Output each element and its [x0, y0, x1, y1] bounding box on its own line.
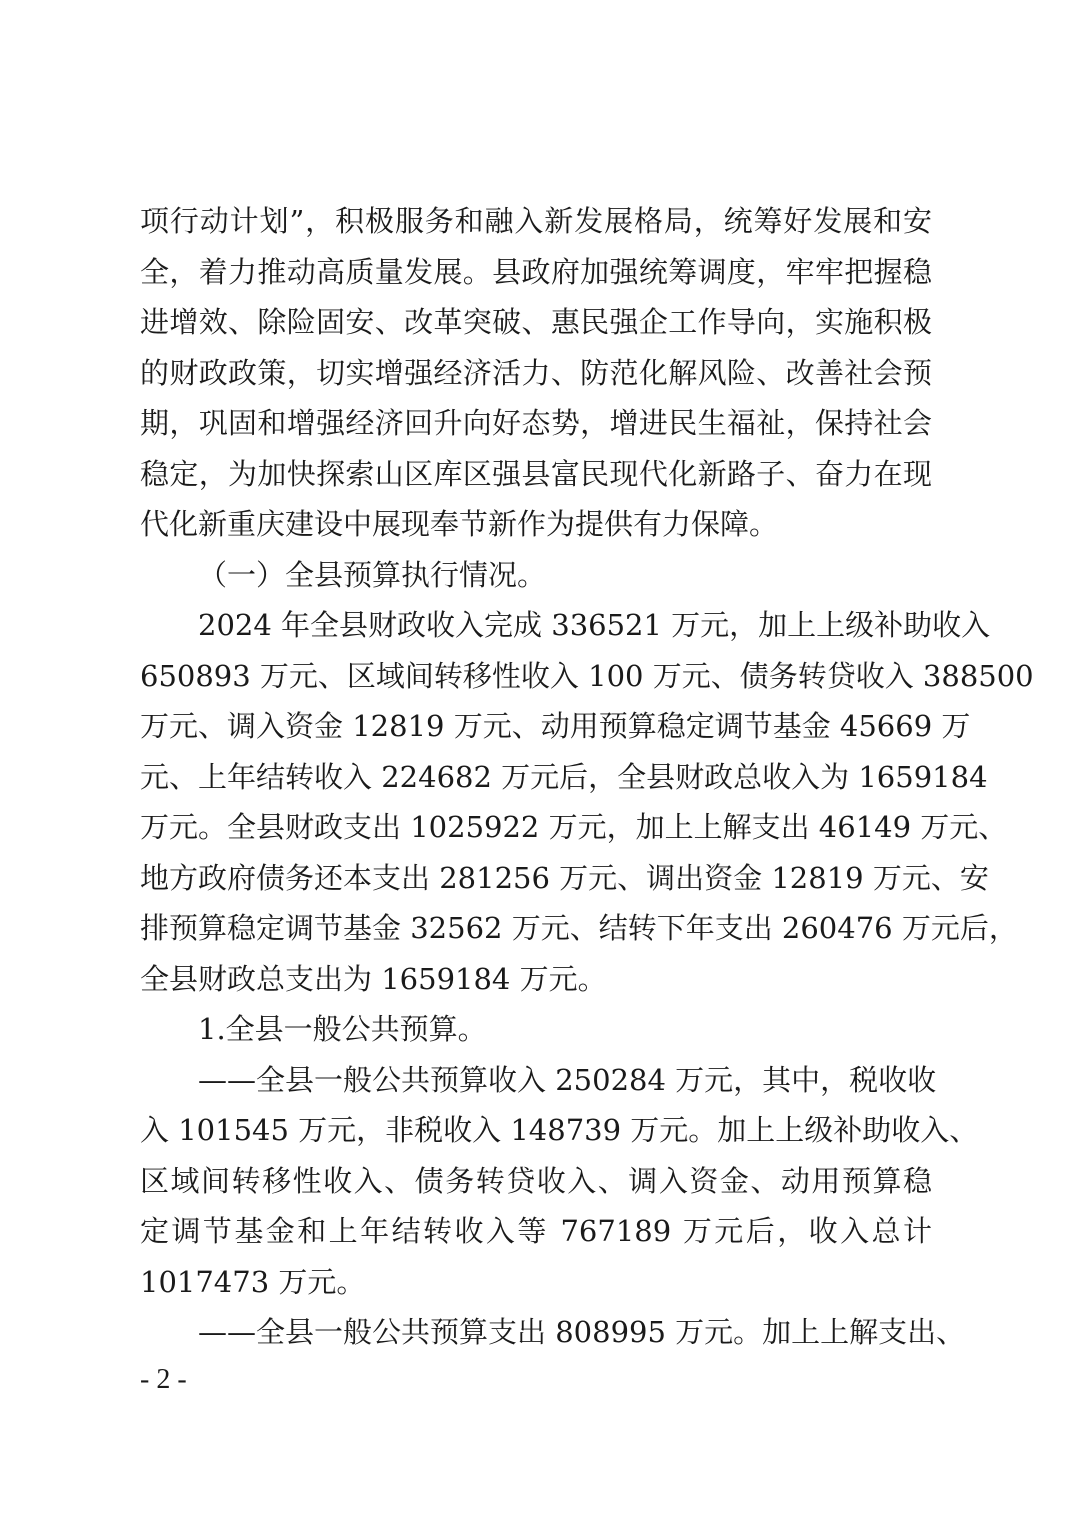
text-line: 代化新重庆建设中展现奉节新作为提供有力保障。: [140, 499, 932, 550]
document-page: 项行动计划”，积极服务和融入新发展格局，统筹好发展和安 全，着力推动高质量发展。…: [140, 196, 932, 1358]
text-line: 定调节基金和上年结转收入等 767189 万元后，收入总计: [140, 1206, 932, 1257]
paragraph-intro-continued: 项行动计划”，积极服务和融入新发展格局，统筹好发展和安 全，着力推动高质量发展。…: [140, 196, 932, 550]
page-number: - 2 -: [140, 1364, 187, 1396]
text-line: ——全县一般公共预算收入 250284 万元，其中，税收收: [140, 1055, 932, 1106]
paragraph-county-budget-summary: 2024 年全县财政收入完成 336521 万元，加上上级补助收入 650893…: [140, 600, 932, 1004]
text-line: 期，巩固和增强经济回升向好态势，增进民生福祉，保持社会: [140, 398, 932, 449]
text-line: 区域间转移性收入、债务转贷收入、调入资金、动用预算稳: [140, 1156, 932, 1207]
heading-text: （一）全县预算执行情况。: [140, 550, 932, 601]
text-line: 地方政府债务还本支出 281256 万元、调出资金 12819 万元、安: [140, 853, 932, 904]
paragraph-general-budget-revenue: ——全县一般公共预算收入 250284 万元，其中，税收收 入 101545 万…: [140, 1055, 932, 1308]
heading-text: 1.全县一般公共预算。: [140, 1004, 932, 1055]
paragraph-general-budget-expenditure: ——全县一般公共预算支出 808995 万元。加上上解支出、: [140, 1307, 932, 1358]
text-line: 万元、调入资金 12819 万元、动用预算稳定调节基金 45669 万: [140, 701, 932, 752]
text-line: 2024 年全县财政收入完成 336521 万元，加上上级补助收入: [140, 600, 932, 651]
text-line: 全，着力推动高质量发展。县政府加强统筹调度，牢牢把握稳: [140, 247, 932, 298]
text-line: 进增效、除险固安、改革突破、惠民强企工作导向，实施积极: [140, 297, 932, 348]
subsection-heading: 1.全县一般公共预算。: [140, 1004, 932, 1055]
text-line: 排预算稳定调节基金 32562 万元、结转下年支出 260476 万元后，: [140, 903, 932, 954]
section-heading: （一）全县预算执行情况。: [140, 550, 932, 601]
text-line: 全县财政总支出为 1659184 万元。: [140, 954, 932, 1005]
text-line: ——全县一般公共预算支出 808995 万元。加上上解支出、: [140, 1307, 932, 1358]
text-line: 650893 万元、区域间转移性收入 100 万元、债务转贷收入 388500: [140, 651, 932, 702]
text-line: 入 101545 万元，非税收入 148739 万元。加上上级补助收入、: [140, 1105, 932, 1156]
text-line: 项行动计划”，积极服务和融入新发展格局，统筹好发展和安: [140, 196, 932, 247]
text-line: 稳定，为加快探索山区库区强县富民现代化新路子、奋力在现: [140, 449, 932, 500]
text-line: 元、上年结转收入 224682 万元后，全县财政总收入为 1659184: [140, 752, 932, 803]
text-line: 的财政政策，切实增强经济活力、防范化解风险、改善社会预: [140, 348, 932, 399]
text-line: 1017473 万元。: [140, 1257, 932, 1308]
text-line: 万元。全县财政支出 1025922 万元，加上上解支出 46149 万元、: [140, 802, 932, 853]
